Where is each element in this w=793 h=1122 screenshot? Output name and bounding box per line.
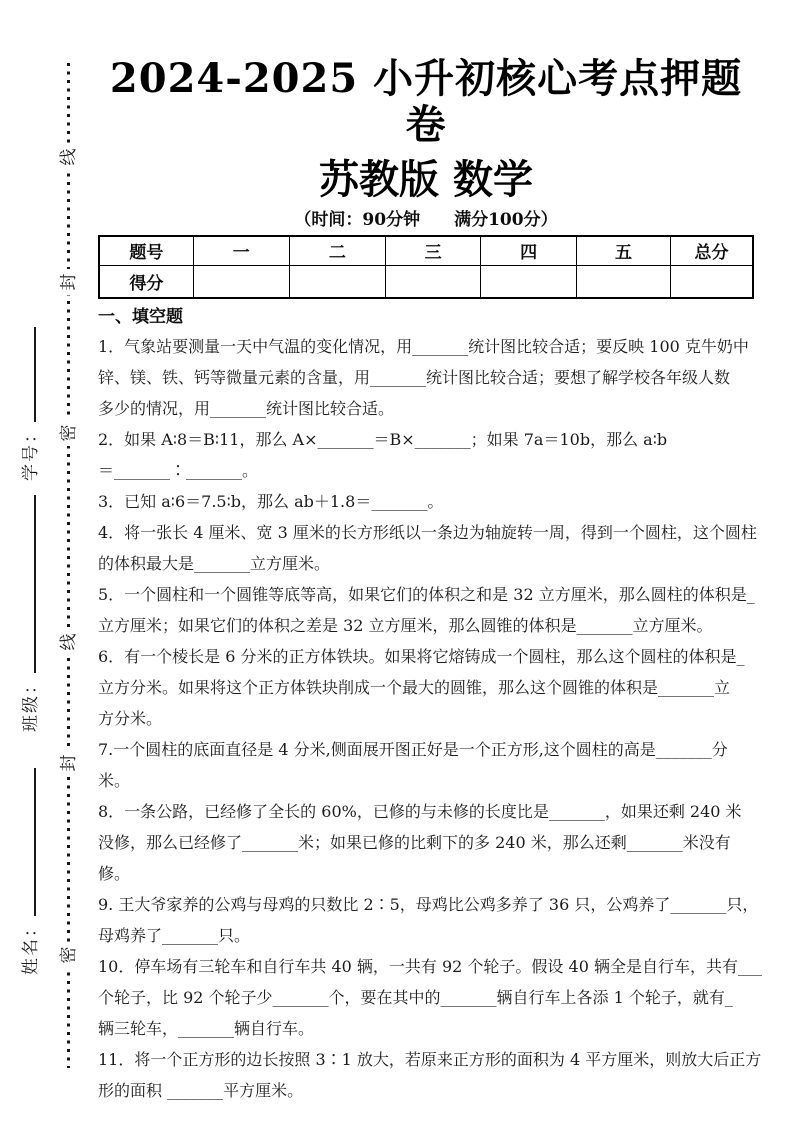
student-id-fill-line <box>34 327 36 422</box>
score-cell-2 <box>289 265 385 298</box>
question-8-line-3: 修。 <box>98 858 754 889</box>
score-row-label: 得分 <box>99 265 193 298</box>
score-cell-1 <box>193 265 289 298</box>
question-1-line-3: 多少的情况，用_______统计图比较合适。 <box>98 393 754 424</box>
seal-char-feng: 封 <box>56 750 82 776</box>
paper-title: 2024-2025 小升初核心考点押题卷 <box>98 56 754 148</box>
question-1-line-2: 锌、镁、铁、钙等微量元素的含量，用_______统计图比较合适；要想了解学校各年… <box>98 362 754 393</box>
question-6-line-3: 方分米。 <box>98 703 754 734</box>
name-field-label: 姓名： <box>16 918 41 975</box>
col-section-1: 一 <box>193 236 289 265</box>
col-section-4: 四 <box>481 236 576 265</box>
question-4-line-1: 4．将一张长 4 厘米、宽 3 厘米的长方形纸以一条边为轴旋转一周，得到一个圆柱… <box>98 517 754 548</box>
question-5-line-1: 5．一个圆柱和一个圆锥等底等高，如果它们的体积之和是 32 立方厘米，那么圆柱的… <box>98 579 754 610</box>
question-2-line-1: 2．如果 A∶8＝B∶11，那么 A×_______＝B×_______；如果 … <box>98 424 754 455</box>
questions-block: 1．气象站要测量一天中气温的变化情况，用_______统计图比较合适；要反映 1… <box>98 331 754 1106</box>
seal-char-mi: 密 <box>56 420 82 446</box>
exam-paper-page: 线 封 密 线 封 密 姓名：班级：学号： 2024-2025 小升初核心考点押… <box>0 0 793 1122</box>
question-3-line-1: 3．已知 a∶6＝7.5∶b，那么 ab＋1.8＝_______。 <box>98 486 754 517</box>
question-1-line-1: 1．气象站要测量一天中气温的变化情况，用_______统计图比较合适；要反映 1… <box>98 331 754 362</box>
question-2-line-2: ＝_______∶_______。 <box>98 455 754 486</box>
question-6-line-1: 6．有一个棱长是 6 分米的正方体铁块。如果将它熔铸成一个圆柱，那么这个圆柱的体… <box>98 641 754 672</box>
time-score-info: （时间：90分钟 满分100分） <box>98 209 754 231</box>
seal-char-xian: 线 <box>56 144 82 170</box>
score-table-header-row: 题号 一 二 三 四 五 总分 <box>99 236 753 265</box>
score-cell-3 <box>385 265 480 298</box>
paper-content: 2024-2025 小升初核心考点押题卷 苏教版 数学 （时间：90分钟 满分1… <box>98 42 754 1106</box>
question-4-line-2: 的体积最大是_______立方厘米。 <box>98 548 754 579</box>
question-9-line-2: 母鸡养了_______只。 <box>98 920 754 951</box>
class-field-label: 班级： <box>16 675 41 732</box>
col-section-3: 三 <box>385 236 480 265</box>
question-5-line-2: 立方厘米；如果它们的体积之差是 32 立方厘米，那么圆锥的体积是_______立… <box>98 610 754 641</box>
section-1-heading: 一、填空题 <box>98 305 754 330</box>
col-section-5: 五 <box>576 236 670 265</box>
question-10-line-3: 辆三轮车，_______辆自行车。 <box>98 1013 754 1044</box>
col-total: 总分 <box>671 236 753 265</box>
name-fill-line <box>34 768 36 916</box>
question-7-line-2: 米。 <box>98 765 754 796</box>
question-6-line-2: 立方分米。如果将这个正方体铁块削成一个最大的圆锥，那么这个圆锥的体积是_____… <box>98 672 754 703</box>
score-cell-total <box>671 265 753 298</box>
question-10-line-1: 10．停车场有三轮车和自行车共 40 辆，一共有 92 个轮子。假设 40 辆全… <box>98 951 754 982</box>
score-table-score-row: 得分 <box>99 265 753 298</box>
question-9-line-1: 9. 王大爷家养的公鸡与母鸡的只数比 2∶5，母鸡比公鸡多养了 36 只，公鸡养… <box>98 889 754 920</box>
score-table: 题号 一 二 三 四 五 总分 得分 <box>98 235 754 299</box>
question-11-line-1: 11．将一个正方形的边长按照 3∶1 放大，若原来正方形的面积为 4 平方厘米，… <box>98 1044 754 1075</box>
col-question-number: 题号 <box>99 236 193 265</box>
score-cell-5 <box>576 265 670 298</box>
seal-char-xian: 线 <box>56 629 82 655</box>
seal-dotted-line <box>67 63 70 1068</box>
score-cell-4 <box>481 265 576 298</box>
col-section-2: 二 <box>289 236 385 265</box>
student-id-field-label: 学号： <box>16 424 41 481</box>
question-11-line-2: 形的面积 _______平方厘米。 <box>98 1075 754 1106</box>
student-info-rotated-text: 姓名：班级：学号： <box>16 255 42 975</box>
seal-char-feng: 封 <box>56 269 82 295</box>
question-8-line-2: 没修，那么已经修了_______米；如果已修的比剩下的多 240 米，那么还剩_… <box>98 827 754 858</box>
seal-char-mi: 密 <box>56 942 82 968</box>
paper-subtitle: 苏教版 数学 <box>98 158 754 202</box>
class-fill-line <box>34 495 36 673</box>
question-7-line-1: 7.一个圆柱的底面直径是 4 分米,侧面展开图正好是一个正方形,这个圆柱的高是_… <box>98 734 754 765</box>
question-10-line-2: 个轮子，比 92 个轮子少_______个，要在其中的_______辆自行车上各… <box>98 982 754 1013</box>
question-8-line-1: 8．一条公路，已经修了全长的 60%，已修的与未修的长度比是_______，如果… <box>98 796 754 827</box>
